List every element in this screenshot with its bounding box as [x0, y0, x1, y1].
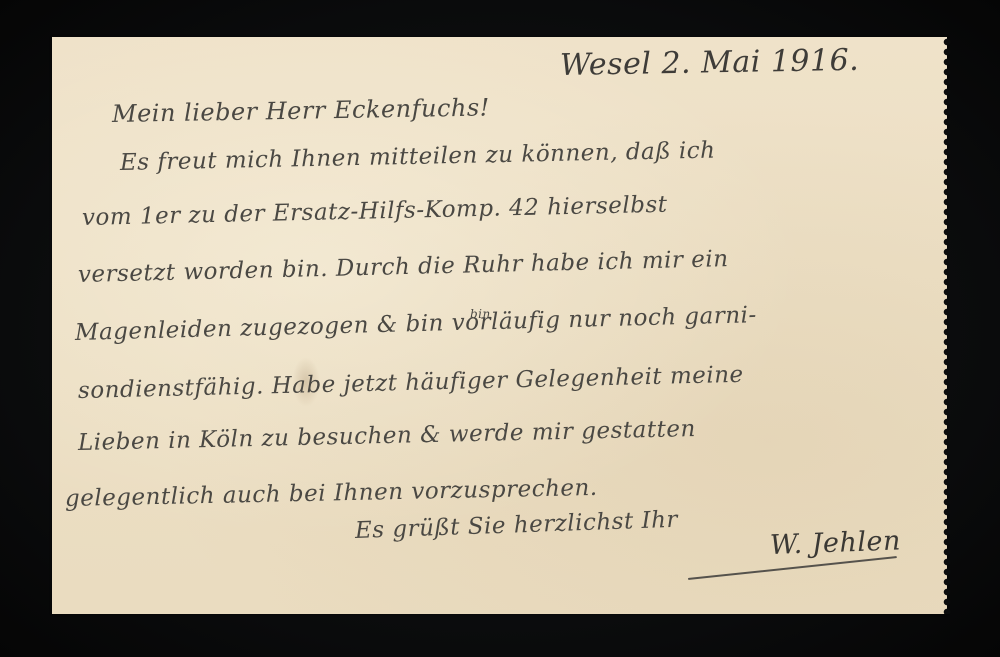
signature: W. Jehlen	[769, 525, 901, 561]
perforated-edge	[942, 37, 952, 614]
place-date: Wesel 2. Mai 1916.	[560, 43, 860, 83]
